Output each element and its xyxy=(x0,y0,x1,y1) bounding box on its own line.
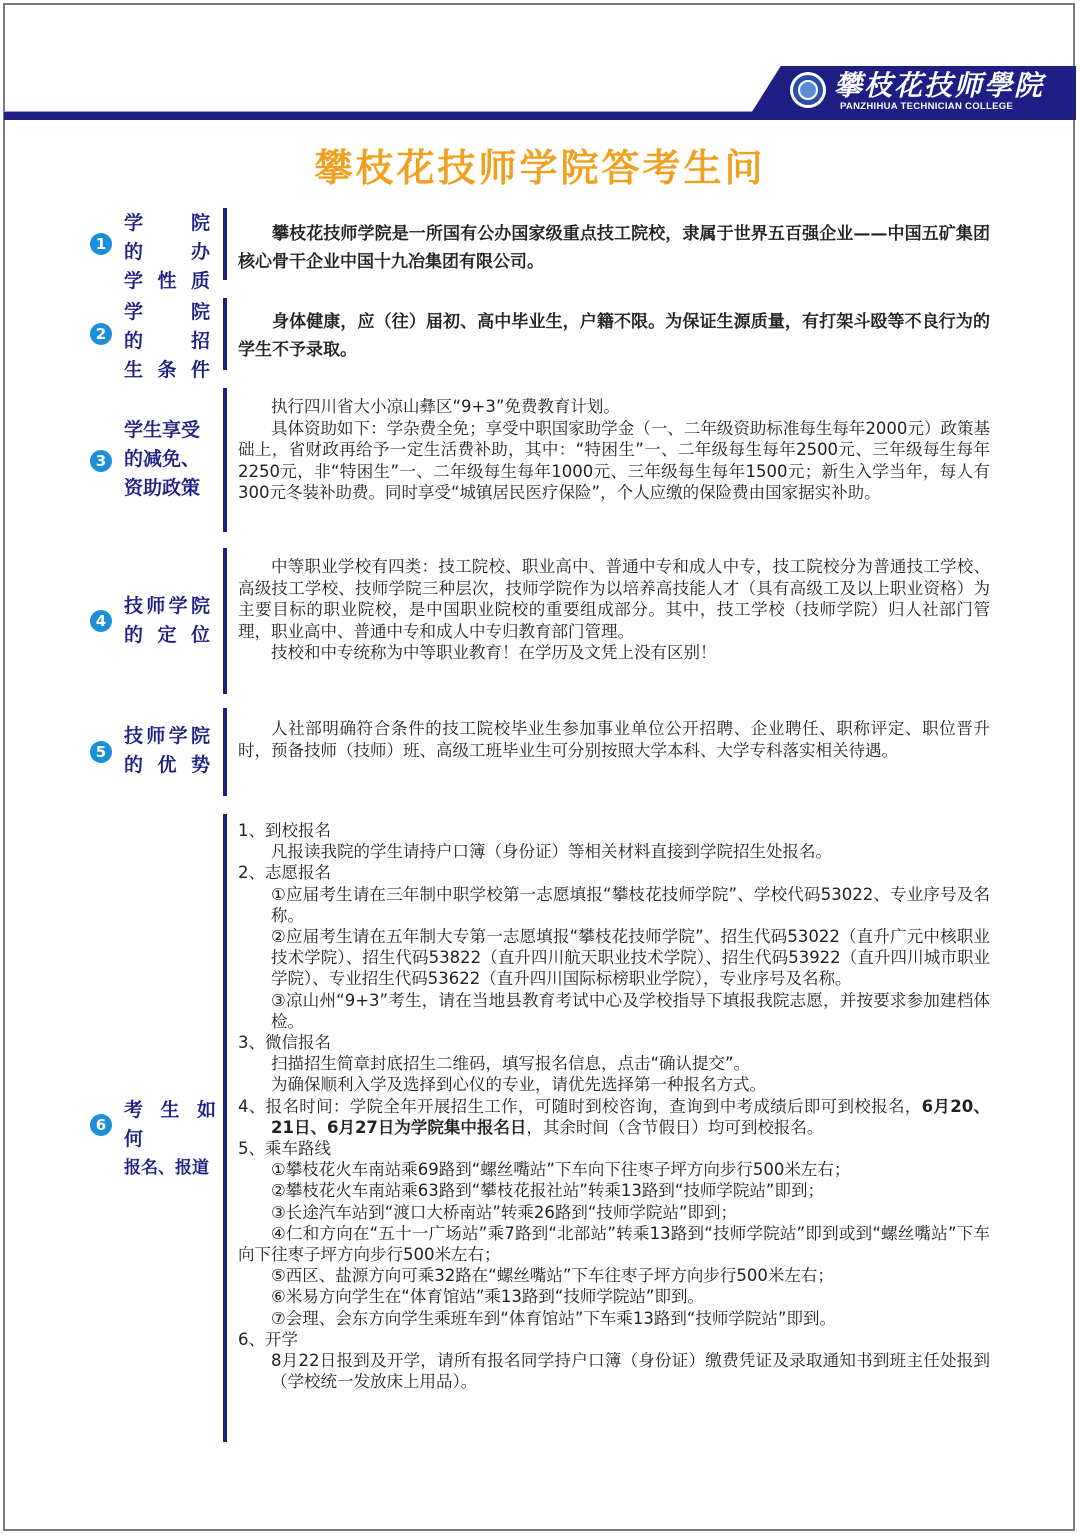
section-label: 学 院 的 办 学 性 质 xyxy=(124,209,210,296)
divider-line xyxy=(223,548,227,694)
number-badge-3: 3 xyxy=(90,450,112,472)
section-label: 考 生 如 何 报名、报道 xyxy=(124,1096,216,1183)
section-label: 技师学院 的 定 位 xyxy=(124,592,210,650)
logo-chinese-name: 攀枝花技师學院 xyxy=(834,70,1044,102)
divider-line xyxy=(223,814,227,1442)
number-badge-4: 4 xyxy=(90,610,112,632)
number-badge-6: 6 xyxy=(90,1114,112,1136)
section-label: 技师学院 的 优 势 xyxy=(124,722,210,780)
section-college-positioning: 4 技师学院 的 定 位 中等职业学校有四类：技工院校、职业高中、普通中专和成人… xyxy=(90,548,1000,694)
divider-line xyxy=(223,388,227,532)
divider-line xyxy=(223,298,227,370)
number-badge-2: 2 xyxy=(90,323,112,345)
section-body: 身体健康，应（往）届初、高中毕业生，户籍不限。为保证生源质量，有打架斗殴等不良行… xyxy=(238,308,990,364)
heading-application: 2、志愿报名 xyxy=(238,862,990,883)
number-badge-5: 5 xyxy=(90,741,112,763)
route-item: ⑤西区、盐源方向可乘32路在“螺丝嘴站”下车往枣子坪方向步行500米左右； xyxy=(238,1265,990,1286)
route-item: ⑦会理、会东方向学生乘班车到“体育馆站”下车乘13路到“技师学院站”即到。 xyxy=(238,1308,990,1329)
route-item: ⑥米易方向学生在“体育馆站”乘13路到“技师学院站”即到。 xyxy=(238,1286,990,1307)
section-how-to-register: 6 考 生 如 何 报名、报道 1、到校报名 凡报读我院的学生请持户口簿（身份证… xyxy=(90,814,1000,1442)
section-label: 学生享受 的减免、 资助政策 xyxy=(124,416,210,503)
divider-line xyxy=(223,208,227,280)
page-title: 攀枝花技师学院答考生问 xyxy=(0,142,1080,194)
number-badge-1: 1 xyxy=(90,233,112,255)
section-label: 学 院 的 招 生 条 件 xyxy=(124,298,210,385)
route-item: ③长途汽车站到“渡口大桥南站”转乘26路到“技师学院站”即到； xyxy=(238,1202,990,1223)
route-item: ④仁和方向在“五十一广场站”乘7路到“北部站”转乘13路到“技师学院站”即到或到… xyxy=(238,1223,990,1265)
divider-line xyxy=(223,708,227,796)
heading-wechat-registration: 3、微信报名 xyxy=(238,1032,990,1053)
registration-time: 4、报名时间：学院全年开展招生工作，可随时到校咨询，查询到中考成绩后即可到校报名… xyxy=(238,1096,990,1138)
route-item: ①攀枝花火车南站乘69路到“螺丝嘴站”下车向下往枣子坪方向步行500米左右； xyxy=(238,1159,990,1180)
section-body: 执行四川省大小凉山彝区“9+3”免费教育计划。 具体资助如下：学杂费全免；享受中… xyxy=(238,396,990,504)
section-admission-requirements: 2 学 院 的 招 生 条 件 身体健康，应（往）届初、高中毕业生，户籍不限。为… xyxy=(90,298,1000,370)
heading-onsite-registration: 1、到校报名 xyxy=(238,820,990,841)
logo-english-name: PANZHIHUA TECHNICIAN COLLEGE xyxy=(840,101,1013,112)
heading-bus-routes: 5、乘车路线 xyxy=(238,1138,990,1159)
section-body: 攀枝花技师学院是一所国有公办国家级重点技工院校，隶属于世界五百强企业——中国五矿… xyxy=(238,220,990,276)
college-emblem-icon xyxy=(790,72,826,108)
section-school-nature: 1 学 院 的 办 学 性 质 攀枝花技师学院是一所国有公办国家级重点技工院校，… xyxy=(90,208,1000,280)
section-body: 1、到校报名 凡报读我院的学生请持户口簿（身份证）等相关材料直接到学院招生处报名… xyxy=(238,820,990,1392)
section-college-advantages: 5 技师学院 的 优 势 人社部明确符合条件的技工院校毕业生参加事业单位公开招聘… xyxy=(90,708,1000,796)
route-item: ②攀枝花火车南站乘63路到“攀枝花报社站”转乘13路到“技师学院站”即到； xyxy=(238,1180,990,1201)
section-body: 中等职业学校有四类：技工院校、职业高中、普通中专和成人中专，技工院校分为普通技工… xyxy=(238,556,990,664)
section-financial-aid: 3 学生享受 的减免、 资助政策 执行四川省大小凉山彝区“9+3”免费教育计划。… xyxy=(90,388,1000,532)
heading-school-start: 6、开学 xyxy=(238,1329,990,1350)
section-body: 人社部明确符合条件的技工院校毕业生参加事业单位公开招聘、企业聘任、职称评定、职位… xyxy=(238,718,990,761)
